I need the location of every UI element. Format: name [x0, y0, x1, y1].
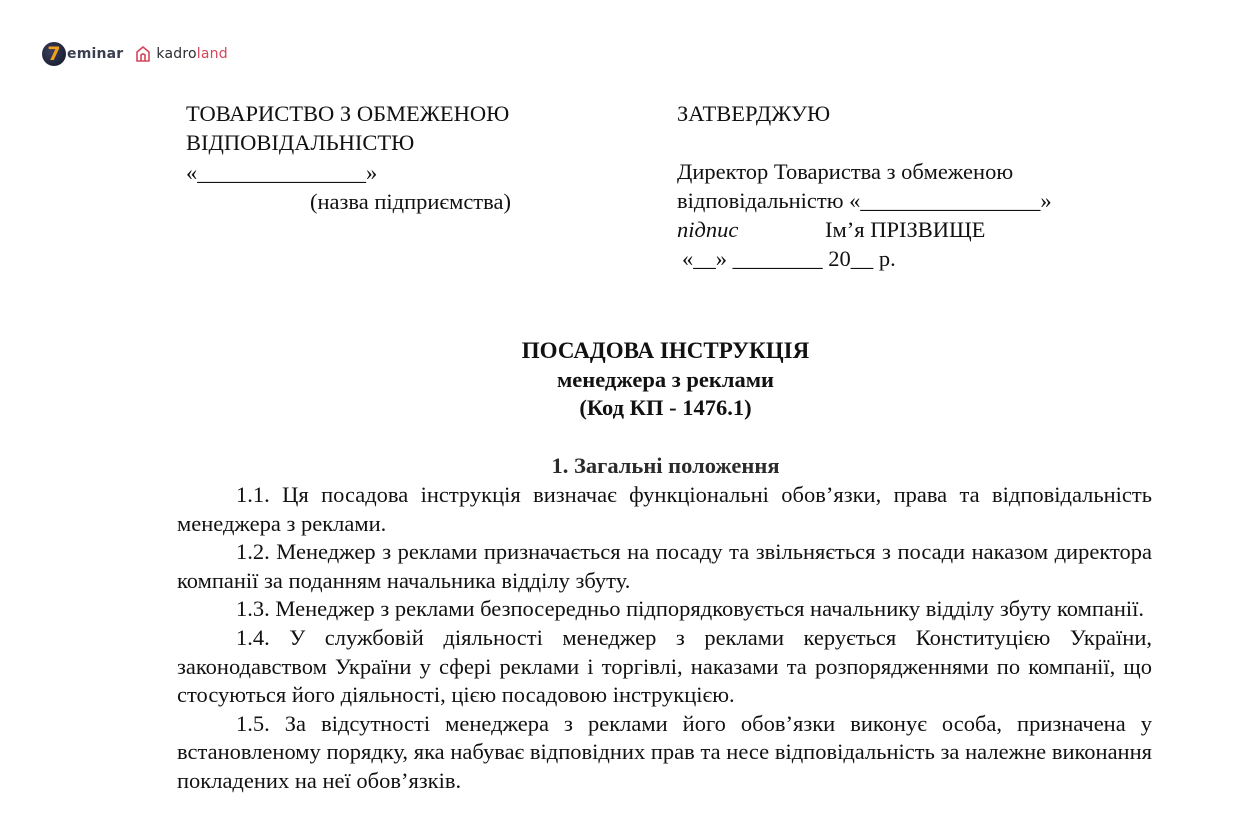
approval-block: ЗАТВЕРДЖУЮ Директор Товариства з обмежен… — [677, 100, 1052, 274]
signature-row: підпис Ім’я ПРІЗВИЩЕ — [677, 216, 1052, 245]
kadroland-text-main: kadro — [156, 46, 196, 62]
paragraph-1-5: 1.5. За відсутності менеджера з реклами … — [177, 710, 1152, 796]
approval-heading: ЗАТВЕРДЖУЮ — [677, 100, 1052, 129]
company-name-blank: «_______________» — [186, 159, 511, 188]
logo-bar: 7 eminar kadroland — [42, 40, 228, 68]
kadroland-logo-text: kadroland — [156, 46, 227, 62]
document-title: ПОСАДОВА ІНСТРУКЦІЯ менеджера з реклами … — [0, 336, 1241, 421]
seminar-logo-text: eminar — [67, 46, 123, 62]
title-code: (Код КП - 1476.1) — [0, 394, 1241, 421]
director-line2: відповідальністю «________________» — [677, 187, 1052, 216]
company-header: ТОВАРИСТВО З ОБМЕЖЕНОЮ ВІДПОВІДАЛЬНІСТЮ … — [186, 100, 511, 217]
director-line1: Директор Товариства з обмеженою — [677, 158, 1052, 187]
signature-name: Ім’я ПРІЗВИЩЕ — [825, 216, 985, 245]
title-position: менеджера з реклами — [0, 365, 1241, 394]
kadroland-text-accent: land — [197, 46, 228, 62]
company-type-line2: ВІДПОВІДАЛЬНІСТЮ — [186, 129, 511, 159]
company-type-line1: ТОВАРИСТВО З ОБМЕЖЕНОЮ — [186, 100, 511, 129]
title-main: ПОСАДОВА ІНСТРУКЦІЯ — [0, 336, 1241, 365]
section-heading: 1. Загальні положення — [0, 452, 1241, 480]
seminar-logo[interactable]: 7 eminar — [42, 42, 123, 66]
paragraph-1-4: 1.4. У службовій діяльності менеджер з р… — [177, 624, 1152, 710]
paragraph-1-3: 1.3. Менеджер з реклами безпосередньо пі… — [177, 595, 1152, 624]
kadroland-logo[interactable]: kadroland — [135, 45, 227, 63]
approval-spacer — [677, 129, 1052, 158]
paragraph-1-2: 1.2. Менеджер з реклами призначається на… — [177, 538, 1152, 595]
company-name-caption: (назва підприємства) — [186, 188, 511, 217]
seven-badge-icon: 7 — [42, 42, 66, 66]
paragraph-1-1: 1.1. Ця посадова інструкція визначає фун… — [177, 481, 1152, 538]
approval-date: «__» ________ 20__ р. — [677, 245, 1052, 274]
house-icon — [135, 45, 151, 63]
signature-label: підпис — [677, 216, 825, 245]
section-body: 1.1. Ця посадова інструкція визначає фун… — [177, 481, 1152, 796]
